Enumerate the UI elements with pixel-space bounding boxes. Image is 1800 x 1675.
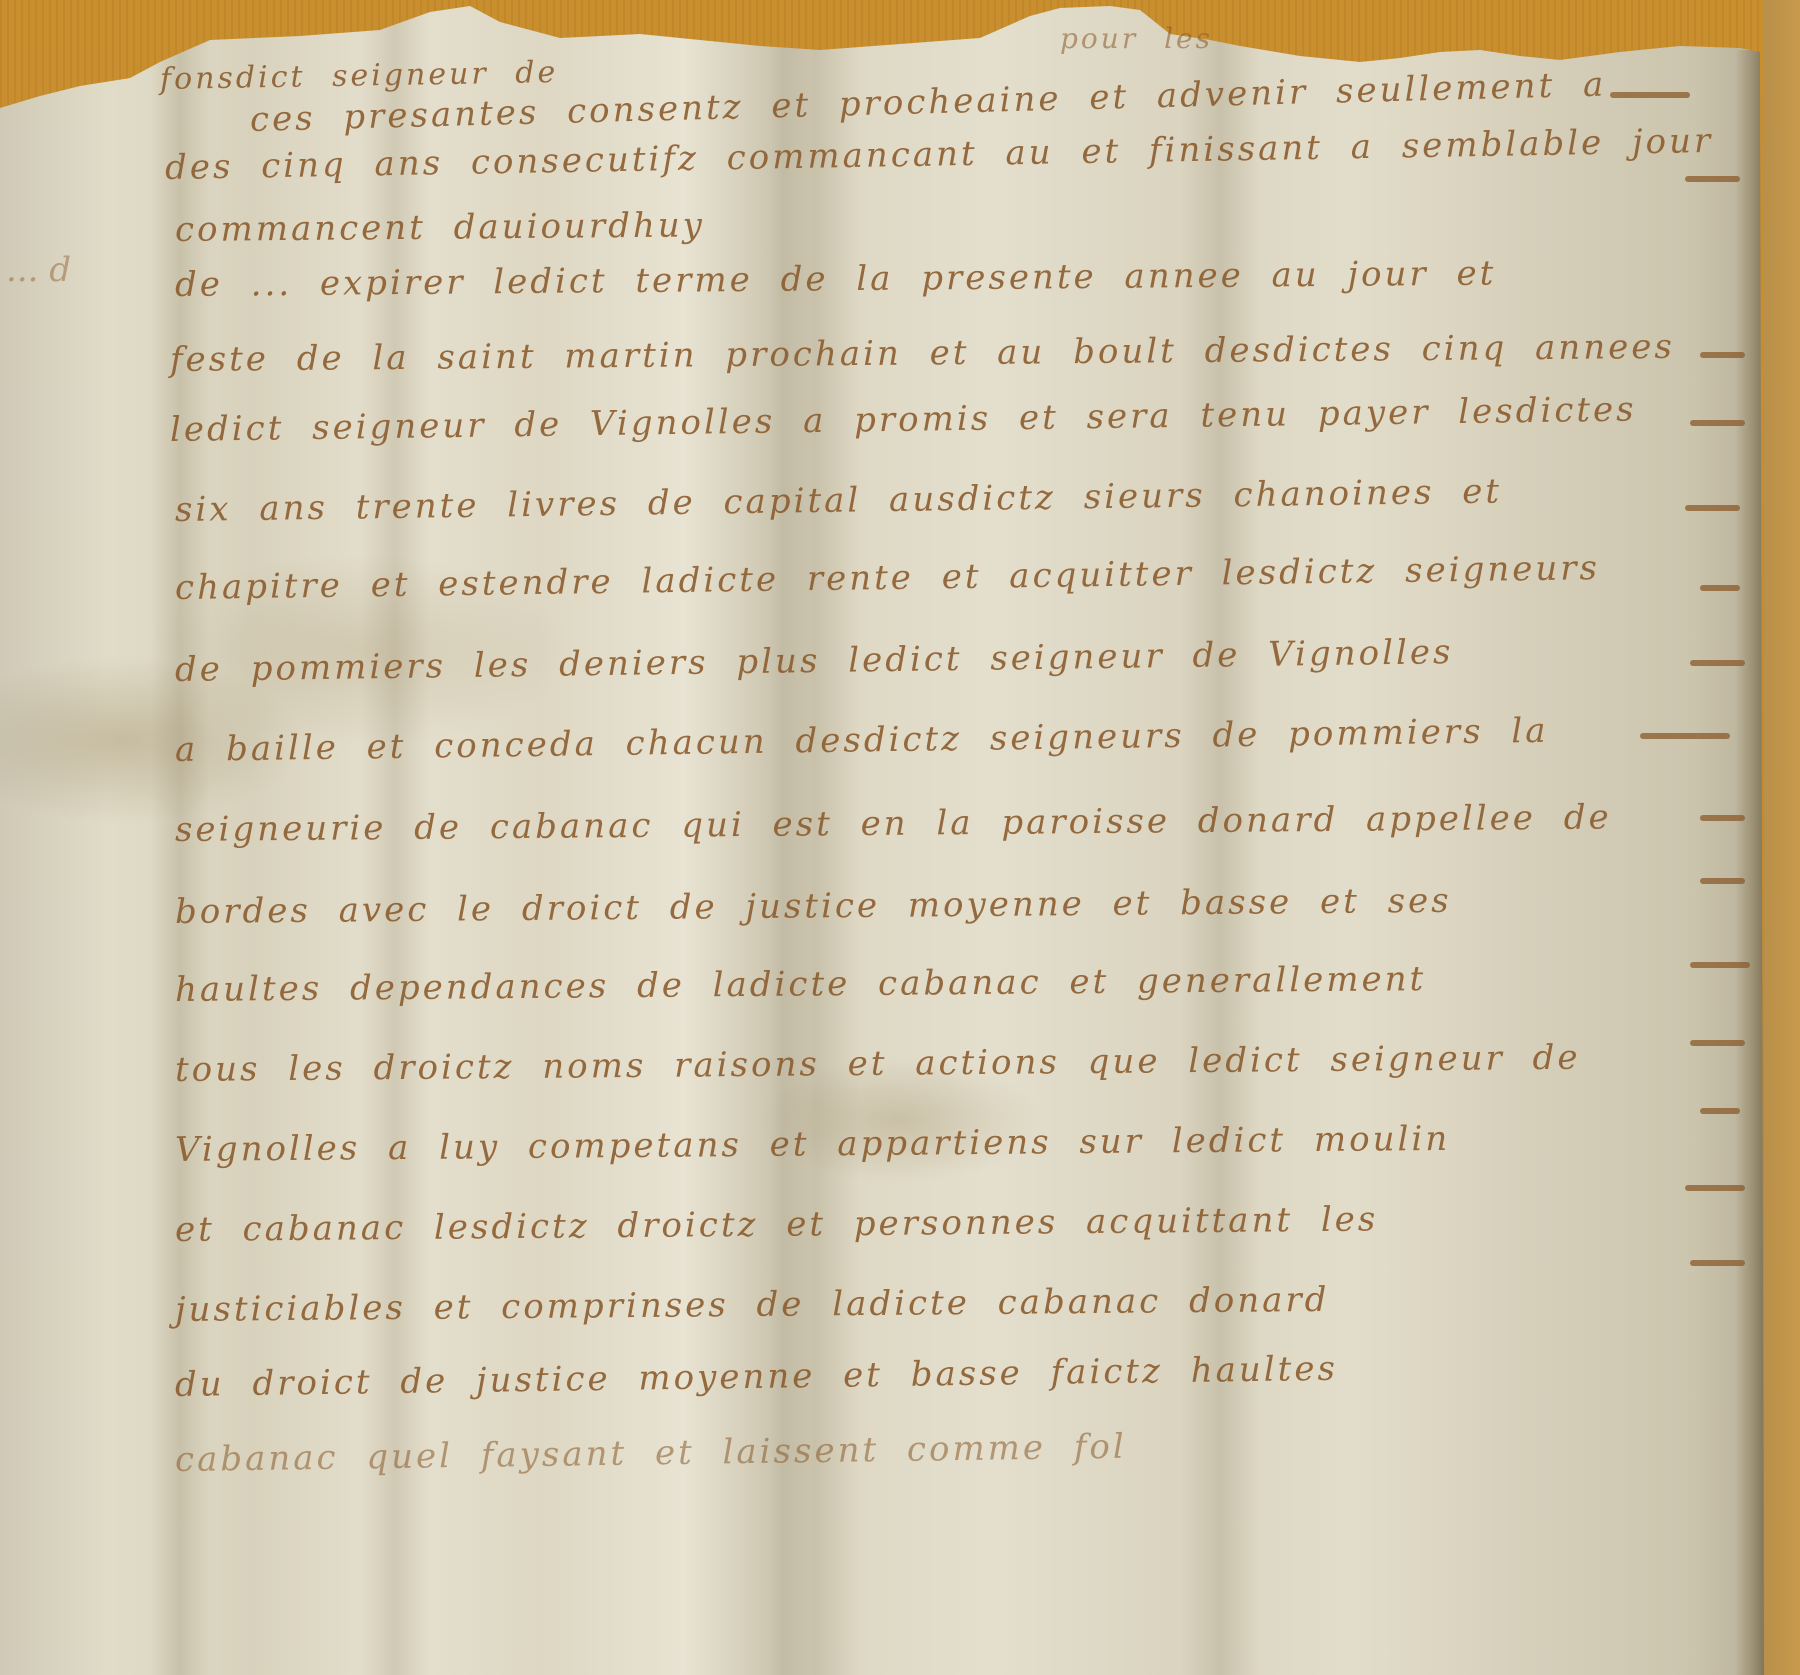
- manuscript-line: cabanac quel faysant et laissent comme f…: [175, 1427, 1127, 1480]
- manuscript-line: bordes avec le droict de justice moyenne…: [175, 881, 1452, 932]
- manuscript-line: de pommiers les deniers plus ledict seig…: [175, 632, 1454, 690]
- manuscript-line: du droict de justice moyenne et basse fa…: [175, 1349, 1338, 1405]
- margin-fragment: ... d: [6, 250, 71, 290]
- line-filler-dash: [1690, 1040, 1745, 1046]
- manuscript-line: de ... expirer ledict terme de la presen…: [175, 253, 1497, 305]
- line-filler-dash: [1690, 420, 1745, 426]
- line-filler-dash: [1640, 733, 1730, 739]
- line-filler-dash: [1685, 1185, 1745, 1191]
- manuscript-line: a baille et conceda chacun desdictz seig…: [175, 711, 1549, 770]
- line-filler-dash: [1700, 585, 1740, 591]
- line-filler-dash: [1700, 815, 1745, 821]
- line-filler-dash: [1690, 1260, 1745, 1266]
- manuscript-line: et cabanac lesdictz droictz et personnes…: [175, 1199, 1379, 1249]
- manuscript-text: pour les ... d fonsdict seigneur de ces …: [0, 0, 1800, 1675]
- line-filler-dash: [1685, 176, 1740, 182]
- manuscript-line: justiciables et comprinses de ladicte ca…: [175, 1280, 1330, 1330]
- manuscript-line: commancent dauiourdhuy: [175, 205, 705, 250]
- manuscript-line: ledict seigneur de Vignolles a promis et…: [170, 390, 1637, 450]
- line-filler-dash: [1700, 878, 1745, 884]
- line-filler-dash: [1700, 352, 1745, 358]
- line-filler-dash: [1700, 1108, 1740, 1114]
- manuscript-line: six ans trente livres de capital ausdict…: [175, 471, 1503, 530]
- header-fragment: pour les: [1060, 22, 1213, 55]
- manuscript-line: Vignolles a luy competans et appartiens …: [175, 1119, 1451, 1170]
- manuscript-line: fonsdict seigneur de: [160, 55, 559, 97]
- manuscript-line: chapitre et estendre ladicte rente et ac…: [175, 548, 1600, 608]
- line-filler-dash: [1690, 962, 1750, 968]
- manuscript-line: haultes dependances de ladicte cabanac e…: [175, 959, 1427, 1010]
- manuscript-line: seigneurie de cabanac qui est en la paro…: [175, 797, 1612, 850]
- manuscript-line: feste de la saint martin prochain et au …: [170, 327, 1675, 380]
- line-filler-dash: [1610, 92, 1690, 98]
- line-filler-dash: [1685, 505, 1740, 511]
- line-filler-dash: [1690, 660, 1745, 666]
- manuscript-line: tous les droictz noms raisons et actions…: [175, 1038, 1581, 1090]
